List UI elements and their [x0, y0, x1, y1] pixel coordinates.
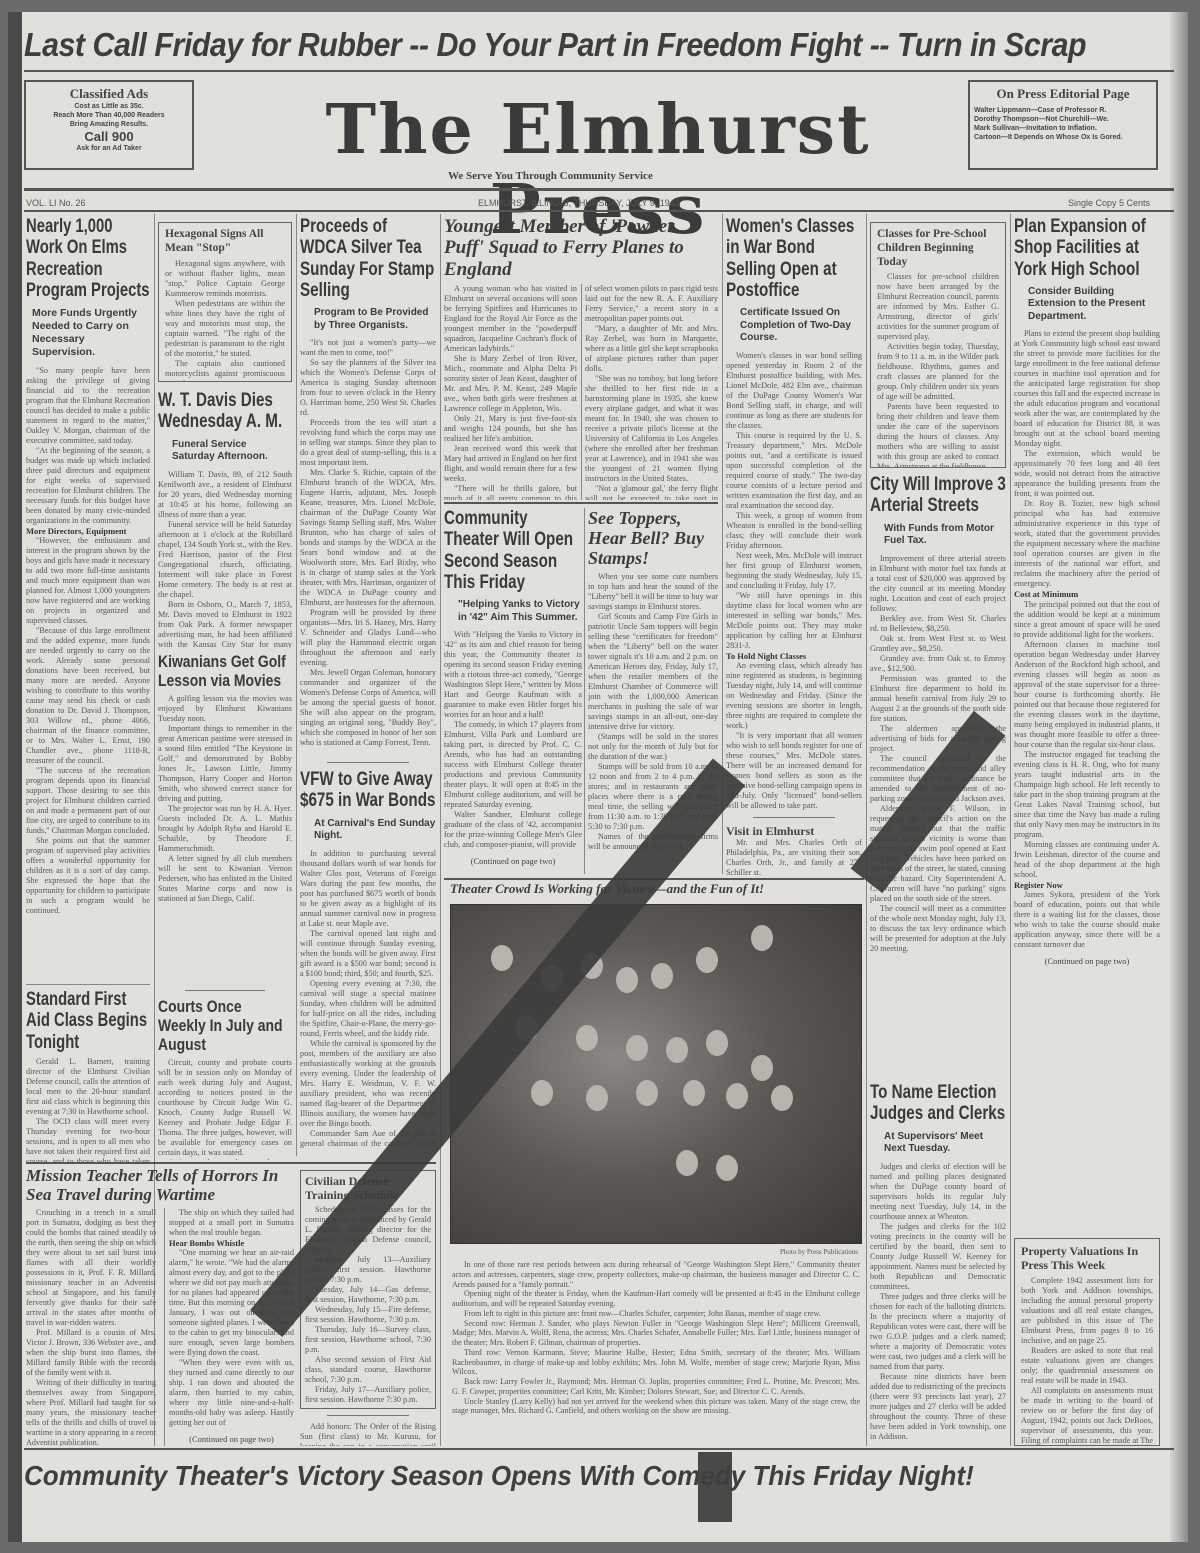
divider: [185, 990, 265, 991]
paragraph: Third row: Vernon Karmann, Steve; Maurin…: [452, 1348, 860, 1377]
paragraph: The judges and clerks for the 102 voting…: [870, 1222, 1006, 1292]
dateline: ELMHURST, ILLINOIS, THURSDAY, JULY 9, 19…: [478, 198, 680, 208]
paragraph: "Mary, a daughter of Mr. and Mrs. Ray Ze…: [585, 324, 718, 374]
paragraph: Complete 1942 assessment lists for both …: [1021, 1276, 1153, 1346]
article-recreation: Nearly 1,000 Work On Elms Recreation Pro…: [26, 216, 150, 976]
person: [651, 963, 673, 989]
deck: At Supervisors' Meet Next Tuesday.: [884, 1131, 1006, 1156]
paragraph: The council will meet as a committee of …: [870, 904, 1006, 954]
article-body: Judges and clerks of election will be na…: [870, 1162, 1006, 1442]
paragraph: When you see some cute numbers in top ha…: [588, 572, 718, 612]
article-body: "It's not just a women's party—we want t…: [300, 338, 436, 748]
page-edge: [1170, 12, 1188, 1542]
editorial-page-ear: On Press Editorial Page Walter Lippmann—…: [968, 80, 1158, 170]
paragraph: The instructor engaged for teaching the …: [1014, 750, 1160, 840]
article-preschool-classes: Classes for Pre-School Children Beginnin…: [870, 222, 1006, 468]
article-body: Classes for pre-school children now have…: [877, 272, 999, 468]
article-kiwanians: Kiwanians Get Golf Lesson via Movies A g…: [158, 652, 292, 978]
paragraph: The extension, which would be approximat…: [1014, 449, 1160, 499]
article-york-shop: Plan Expansion of Shop Facilities at Yor…: [1014, 216, 1160, 1232]
paragraph: Improvement of three arterial streets in…: [870, 554, 1006, 614]
paragraph: Judges and clerks of election will be na…: [870, 1162, 1006, 1222]
headline: Standard First Aid Class Begins Tonight: [26, 989, 150, 1053]
paragraph: Dr. Roy B. Tozier, new high school princ…: [1014, 499, 1160, 589]
deck: More Funds Urgently Needed to Carry on N…: [32, 307, 150, 360]
paragraph: Circuit, county and probate courts will …: [158, 1058, 292, 1158]
masthead-rule: [24, 188, 1174, 191]
footer-rule: [24, 1448, 1174, 1450]
ear-line: Reach More Than 40,000 Readers: [30, 111, 188, 120]
paragraph: A letter signed by all club members will…: [158, 854, 292, 904]
paragraph: Three judges and three clerks will be ch…: [870, 1292, 1006, 1372]
column-divider: [866, 214, 867, 1446]
person: [616, 967, 638, 993]
headline: Youngest Member of 'Powder Puff' Squad t…: [444, 216, 718, 280]
paragraph: All complaints on assessments must be ma…: [1021, 1386, 1153, 1446]
ear-phone: Call 900: [30, 129, 188, 144]
ear-line: Ask for an Ad Taker: [30, 144, 188, 153]
paragraph: The ship on which they sailed had stoppe…: [169, 1208, 294, 1238]
paragraph: Add honors: The Order of the Rising Sun …: [300, 1422, 436, 1446]
article-body: In addition to purchasing several thousa…: [300, 849, 436, 1148]
dateline-rule: [24, 210, 1174, 212]
paragraph: This course is required by the U. S. Tre…: [726, 431, 862, 511]
person: [706, 1030, 728, 1056]
paragraph: Girl Scouts and Camp Fire Girls in patri…: [588, 612, 718, 732]
article-body: Hexagonal signs anywhere, with or withou…: [165, 259, 285, 382]
volume-number: VOL. LI No. 26: [26, 198, 86, 208]
article-powder-puff: Youngest Member of 'Powder Puff' Squad t…: [444, 216, 718, 500]
paragraph: Hexagonal signs anywhere, with or withou…: [165, 259, 285, 299]
photo-credit: Photo by Press Publications: [780, 1248, 858, 1256]
headline: Hexagonal Signs All Mean "Stop": [165, 228, 285, 256]
deck: Certificate Issued On Completion of Two-…: [740, 307, 862, 345]
paragraph: Mr. and Mrs. Charles Orth of Philadelphi…: [726, 838, 862, 876]
headline: VFW to Give Away $675 in War Bonds: [300, 769, 436, 812]
paragraph: Proceeds from the tea will start a revol…: [300, 418, 436, 468]
ear-title: On Press Editorial Page: [974, 86, 1152, 102]
paragraph: When pedestrians are within the white li…: [165, 299, 285, 359]
column-divider: [440, 214, 441, 1446]
article-body: Crouching in a trench in a small port in…: [26, 1208, 294, 1446]
deck: At Carnival's End Sunday Night.: [314, 818, 436, 843]
column-divider: [296, 214, 297, 1156]
paragraph: The comedy, in which 17 players from Elm…: [444, 720, 582, 810]
deck: "Helping Yanks to Victory in '42" Aim Th…: [458, 599, 582, 624]
paragraph: Afternoon classes in machine tool operat…: [1014, 640, 1160, 750]
article-vfw-bonds: VFW to Give Away $675 in War Bonds At Ca…: [300, 756, 436, 1148]
article-body: Plans to extend the present shop buildin…: [1014, 329, 1160, 950]
headline: Visit in Elmhurst: [726, 824, 862, 838]
article-body: A young woman who has visited in Elmhurs…: [444, 284, 718, 500]
paragraph: "At the beginning of the season, a budge…: [26, 446, 150, 526]
person: [531, 1080, 553, 1106]
paragraph: From left to right in this picture are: …: [452, 1309, 860, 1319]
paragraph: Only 21, Mary is just five-foot-six and …: [444, 414, 577, 444]
banner-rule: [24, 70, 1174, 72]
paragraph: "We still have openings in this daytime …: [726, 591, 862, 651]
headline: Courts Once Weekly In July and August: [158, 997, 292, 1054]
article-davis-obituary: W. T. Davis Dies Wednesday A. M. Funeral…: [158, 390, 292, 648]
article-body: With "Helping the Yanks to Victory in '4…: [444, 630, 582, 850]
headline: W. T. Davis Dies Wednesday A. M.: [158, 390, 292, 433]
paragraph: Oak st. from West First st. to West Gran…: [870, 634, 1006, 654]
paragraph: Permission was granted to the Elmhurst f…: [870, 674, 1006, 724]
headline: To Name Election Judges and Clerks: [870, 1082, 1006, 1125]
ear-line: Cost as Little as 35c.: [30, 102, 188, 111]
paragraph: Jean received word this week that Mary h…: [444, 444, 577, 484]
headline: Classes for Pre-School Children Beginnin…: [877, 228, 999, 269]
paragraph: Berkley ave. from West St. Charles rd. t…: [870, 614, 1006, 634]
article-body: William T. Davis, 89, of 212 South Kenil…: [158, 470, 292, 648]
paragraph: Opening night of the theater is Friday, …: [452, 1289, 860, 1309]
headline: City Will Improve 3 Arterial Streets: [870, 474, 1006, 517]
deck: Consider Building Extension to the Prese…: [1028, 286, 1160, 324]
paragraph: Activities begin today, Thursday, from 9…: [877, 342, 999, 402]
classified-ads-ear: Classified Ads Cost as Little as 35c. Re…: [24, 80, 194, 170]
column-divider: [1010, 214, 1011, 1446]
paragraph: Parents have been requested to bring the…: [877, 402, 999, 468]
paragraph: Wednesday, July 15—Fire defense, first s…: [305, 1305, 431, 1325]
subhead: Register Now: [1014, 880, 1160, 890]
article-wdca-tea: Proceeds of WDCA Silver Tea Sunday For S…: [300, 216, 436, 752]
paragraph: James Sykora, president of the York boar…: [1014, 890, 1160, 950]
photo-caption: In one of those rare rest periods betwee…: [452, 1260, 860, 1416]
person: [726, 1083, 748, 1109]
continued-link[interactable]: (Continued on page two): [169, 1434, 294, 1444]
continued-link[interactable]: (Continued on page two): [1014, 956, 1160, 966]
article-property-valuations: Property Valuations In Press This Week C…: [1014, 1238, 1160, 1446]
paragraph: Next week, Mrs. McDole will instruct her…: [726, 551, 862, 591]
headline: Community Theater Will Open Second Seaso…: [444, 508, 582, 593]
paragraph: Uncle Stanley (Larry Kelly) had not yet …: [452, 1397, 860, 1417]
paragraph: A young woman who has visited in Elmhurs…: [444, 284, 577, 354]
person: [771, 1085, 793, 1111]
ear-line: Bring Amazing Results.: [30, 120, 188, 129]
article-courts: Courts Once Weekly In July and August Ci…: [158, 984, 292, 1160]
article-community-theater: Community Theater Will Open Second Seaso…: [444, 508, 582, 878]
paragraph: Mrs. Clarke S. Richie, captain of the El…: [300, 468, 436, 608]
subhead: More Directors, Equipment: [26, 526, 150, 536]
paragraph: "It's not just a women's party—we want t…: [300, 338, 436, 358]
person: [491, 945, 513, 971]
footer-banner-headline: Community Theater's Victory Season Opens…: [24, 1460, 974, 1492]
paragraph: Friday, July 17—Auxiliary police, first …: [305, 1385, 431, 1405]
paragraph: "However, the enthusiasm and interest in…: [26, 536, 150, 626]
paragraph: Writing of their difficulty in tearing t…: [26, 1378, 156, 1446]
article-body: Circuit, county and probate courts will …: [158, 1058, 292, 1160]
article-election-judges: To Name Election Judges and Clerks At Su…: [870, 1082, 1006, 1446]
person: [751, 925, 773, 951]
paragraph: The principal pointed out that the cost …: [1014, 600, 1160, 640]
person: [751, 1055, 773, 1081]
paragraph: Gerald L. Barnett, training director of …: [26, 1057, 150, 1117]
ear-line: Dorothy Thompson—Not Churchill—We.: [974, 115, 1152, 124]
article-body: Mr. and Mrs. Charles Orth of Philadelphi…: [726, 838, 862, 876]
headline: Plan Expansion of Shop Facilities at Yor…: [1014, 216, 1160, 280]
person: [666, 1037, 688, 1063]
person: [683, 1080, 705, 1106]
article-body: "So many people have been asking the pri…: [26, 366, 150, 916]
paragraph: The captain also cautioned motorcyclists…: [165, 359, 285, 382]
divider: [327, 1415, 409, 1416]
ear-line: Walter Lippmann—Case of Professor R.: [974, 106, 1152, 115]
paragraph: She is Mary Zerbel of Iron River, Mich.,…: [444, 354, 577, 414]
deck: Program to Be Provided by Three Organist…: [314, 307, 436, 332]
newspaper-page: Last Call Friday for Rubber -- Do Your P…: [8, 12, 1188, 1542]
divider: [753, 817, 835, 818]
paragraph: The projector was run by H. A. Hyer. Gue…: [158, 804, 292, 854]
article-body: Gerald L. Barnett, training director of …: [26, 1057, 150, 1164]
paragraph: Grantley ave. from Oak st. to Emroy ave.…: [870, 654, 1006, 674]
paragraph: Back row: Larry Fowler Jr., Raymond; Mrs…: [452, 1377, 860, 1397]
paragraph: Because nine districts have been added d…: [870, 1372, 1006, 1442]
paragraph: Mrs. Jewell Organ Coleman, honorary comm…: [300, 668, 436, 748]
paragraph: "It is very important that all women who…: [726, 731, 862, 811]
subhead: Hear Bombs Whistle: [169, 1238, 294, 1248]
price: Single Copy 5 Cents: [1068, 198, 1150, 208]
paragraph: "Because of this large enrollment and th…: [26, 626, 150, 766]
paragraph: Plans to extend the present shop buildin…: [1014, 329, 1160, 449]
person: [586, 1085, 608, 1111]
subhead: Cost at Minimum: [1014, 589, 1160, 599]
paragraph: In one of those rare rest periods betwee…: [452, 1260, 860, 1289]
deck: Funeral Service Saturday Afternoon.: [172, 439, 292, 464]
headline: Property Valuations In Press This Week: [1021, 1244, 1153, 1273]
person: [716, 1155, 738, 1181]
paragraph: "When they were even with us, they turne…: [169, 1358, 294, 1428]
photo-feature: Theater Crowd Is Working for Victory—and…: [444, 882, 864, 1442]
paragraph: Walter Sandner, Elmhurst college graduat…: [444, 810, 582, 850]
binding-spine: [8, 12, 22, 1542]
paragraph: So say the planners of the Silver tea wh…: [300, 358, 436, 418]
article-first-aid: Standard First Aid Class Begins Tonight …: [26, 984, 150, 1164]
ear-line: Mark Sullivan—Invitation to Inflation.: [974, 124, 1152, 133]
paragraph: Opening every evening at 7:30, the carni…: [300, 979, 436, 1039]
paragraph: Important things to remember in the grea…: [158, 724, 292, 804]
headline: Women's Classes in War Bond Selling Open…: [726, 216, 862, 301]
article-womens-classes: Women's Classes in War Bond Selling Open…: [726, 216, 862, 876]
paragraph: "The success of the recreation program d…: [26, 766, 150, 836]
person: [636, 1080, 658, 1106]
continued-link[interactable]: (Continued on page two): [444, 856, 582, 866]
article-body: Complete 1942 assessment lists for both …: [1021, 1276, 1153, 1446]
paragraph: In addition to purchasing several thousa…: [300, 849, 436, 929]
paragraph: William T. Davis, 89, of 212 South Kenil…: [158, 470, 292, 520]
headline: Kiwanians Get Golf Lesson via Movies: [158, 652, 292, 690]
masthead-motto: We Serve You Through Community Service: [448, 170, 653, 182]
body-column: Crouching in a trench in a small port in…: [26, 1208, 156, 1446]
paragraph: Readers are asked to note that real esta…: [1021, 1346, 1153, 1386]
headline: Mission Teacher Tells of Horrors In Sea …: [26, 1166, 294, 1204]
paragraph: Morning classes are continuing under A. …: [1014, 840, 1160, 880]
paragraph: Program will be provided by three organi…: [300, 608, 436, 668]
paragraph: She points out that the summer program o…: [26, 836, 150, 916]
paragraph: An evening class, which already has nine…: [726, 661, 862, 731]
paragraph: Women's classes in war bond selling open…: [726, 351, 862, 431]
paragraph: Classes for pre-school children now have…: [877, 272, 999, 342]
paragraph: "So many people have been asking the pri…: [26, 366, 150, 446]
section-rule: [444, 502, 718, 504]
ear-line: Cartoon—It Depends on Whose Ox Is Gored.: [974, 133, 1152, 142]
person: [576, 1025, 598, 1051]
paragraph: The carnival opened last night and will …: [300, 929, 436, 979]
paragraph: Also second session of First Aid class, …: [305, 1355, 431, 1385]
paragraph: This week, a group of women from Wheaton…: [726, 511, 862, 551]
subhead: To Hold Night Classes: [726, 651, 862, 661]
headline: See Toppers, Hear Bell? Buy Stamps!: [588, 508, 718, 568]
paragraph: The OCD class will meet every Thursday e…: [26, 1117, 150, 1164]
headline: Nearly 1,000 Work On Elms Recreation Pro…: [26, 216, 150, 301]
person: [676, 1150, 698, 1176]
article-body: A golfing lesson via the movies was enjo…: [158, 694, 292, 904]
paragraph: A golfing lesson via the movies was enjo…: [158, 694, 292, 724]
person: [696, 947, 718, 973]
paragraph: Action on the one-day-a-week court heari…: [158, 1158, 292, 1160]
paragraph: Thursday, July 16—Survey class, first se…: [305, 1325, 431, 1355]
paragraph: (Stamps will be sold in the stores not o…: [588, 732, 718, 762]
deck: With Funds from Motor Fuel Tax.: [884, 523, 1006, 548]
group-photo: [450, 904, 862, 1244]
paragraph: With "Helping the Yanks to Victory in '4…: [444, 630, 582, 720]
paragraph: Crouching in a trench in a small port in…: [26, 1208, 156, 1328]
paragraph: Second row: Herman J. Sander, who plays …: [452, 1319, 860, 1348]
paragraph: "She was no tomboy, but long before she …: [585, 374, 718, 484]
article-body: Women's classes in war bond selling open…: [726, 351, 862, 811]
column-divider: [584, 508, 585, 874]
paragraph: Tuesday, July 14—Gas defense, first sess…: [305, 1285, 431, 1305]
top-banner-headline: Last Call Friday for Rubber -- Do Your P…: [24, 26, 1082, 64]
paragraph: Funeral service will be held Saturday af…: [158, 520, 292, 600]
paragraph: Prof. Millard is a cousin of Mrs. Victor…: [26, 1328, 156, 1378]
headline: Proceeds of WDCA Silver Tea Sunday For S…: [300, 216, 436, 301]
filler: Add honors: The Order of the Rising Sun …: [300, 1422, 436, 1446]
paragraph: Born in Osborn, O., March 7, 1853, Mr. D…: [158, 600, 292, 648]
person: [626, 1035, 648, 1061]
article-hexagonal-signs: Hexagonal Signs All Mean "Stop" Hexagona…: [158, 222, 292, 382]
divider: [327, 762, 409, 763]
paragraph: "Not a 'glamour gal,' the ferry flight w…: [585, 484, 718, 500]
ear-title: Classified Ads: [30, 86, 188, 102]
